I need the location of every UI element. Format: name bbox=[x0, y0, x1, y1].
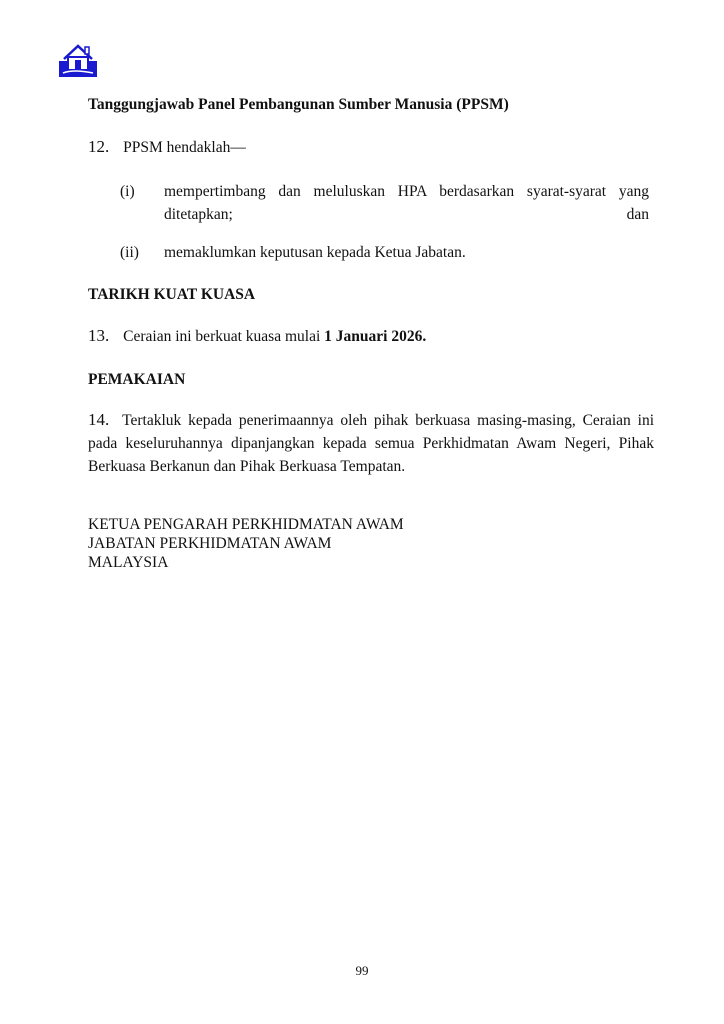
signature-line-3: MALAYSIA bbox=[88, 553, 168, 572]
signature-line-1: KETUA PENGARAH PERKHIDMATAN AWAM bbox=[88, 515, 404, 534]
para-text: Tertakluk kepada penerimaannya oleh piha… bbox=[88, 412, 654, 475]
heading-pemakaian: PEMAKAIAN bbox=[88, 370, 185, 390]
house-logo-icon bbox=[59, 43, 97, 77]
para-number: 14. bbox=[88, 410, 109, 429]
para-14: 14. Tertakluk kepada penerimaannya oleh … bbox=[88, 408, 654, 478]
item-label: (ii) bbox=[120, 243, 139, 263]
item-text: memaklumkan keputusan kepada Ketua Jabat… bbox=[164, 243, 466, 263]
heading-tarikh-kuat-kuasa: TARIKH KUAT KUASA bbox=[88, 285, 255, 305]
section-title: Tanggungjawab Panel Pembangunan Sumber M… bbox=[88, 95, 509, 115]
item-label: (i) bbox=[120, 182, 135, 202]
item-text: mempertimbang dan meluluskan HPA berdasa… bbox=[164, 183, 649, 223]
para-number: 12. bbox=[88, 137, 109, 156]
para-number: 13. bbox=[88, 326, 109, 345]
list-item: mempertimbang dan meluluskan HPA berdasa… bbox=[164, 180, 649, 226]
para-text: PPSM hendaklah— bbox=[123, 139, 246, 156]
signature-line-2: JABATAN PERKHIDMATAN AWAM bbox=[88, 534, 331, 553]
para-12: 12. PPSM hendaklah— bbox=[88, 137, 246, 158]
page-number: 99 bbox=[0, 963, 724, 979]
effective-date: 1 Januari 2026. bbox=[324, 328, 426, 345]
para-13: 13. Ceraian ini berkuat kuasa mulai 1 Ja… bbox=[88, 326, 426, 347]
para-text: Ceraian ini berkuat kuasa mulai bbox=[123, 328, 324, 345]
